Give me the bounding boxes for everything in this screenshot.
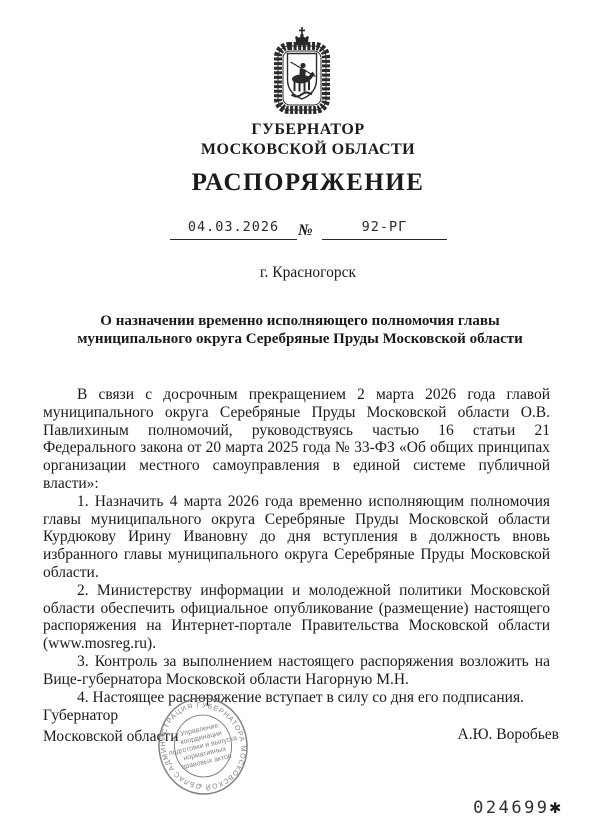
org-name-line2: МОСКОВСКОЙ ОБЛАСТИ [45, 141, 571, 159]
serial-digits: 024699 [473, 798, 549, 818]
number-field: 92-РГ [322, 219, 447, 240]
approval-stamp: АДМИНИСТРАЦИЯ ГУБЕРНАТОРА МОСКОВСКОЙ ОБЛ… [146, 684, 260, 808]
signer-name: А.Ю. Воробьев [458, 726, 560, 744]
body-paragraph: 4. Настоящее распоряжение вступает в сил… [43, 689, 550, 707]
serial-star-mark: ✱ [550, 796, 561, 818]
date-field: 04.03.2026 [170, 219, 297, 240]
body-paragraph: 3. Контроль за выполнением настоящего ра… [43, 653, 550, 689]
number-sign: № [298, 222, 313, 240]
stamp-center-text: Управление координации подготовки и выпу… [165, 719, 242, 773]
org-name-line1: ГУБЕРНАТОР [45, 121, 571, 139]
city-line: г. Красногорск [45, 264, 571, 282]
moscow-oblast-coat-of-arms-icon [270, 25, 334, 117]
body-paragraph: 2. Министерству информации и молодежной … [43, 582, 550, 653]
body-paragraph: 1. Назначить 4 марта 2026 года временно … [43, 493, 550, 582]
document-page: ГУБЕРНАТОР МОСКОВСКОЙ ОБЛАСТИ РАСПОРЯЖЕН… [0, 0, 591, 831]
document-type-heading: РАСПОРЯЖЕНИЕ [45, 169, 571, 197]
date-number-row: 04.03.2026 № 92-РГ [0, 219, 591, 243]
body-paragraph: В связи с досрочным прекращением 2 марта… [43, 386, 550, 493]
body-paragraphs: В связи с досрочным прекращением 2 марта… [43, 386, 550, 706]
form-serial-number: 024699✱ [473, 796, 561, 818]
document-title: О назначении временно исполняющего полно… [43, 313, 557, 348]
